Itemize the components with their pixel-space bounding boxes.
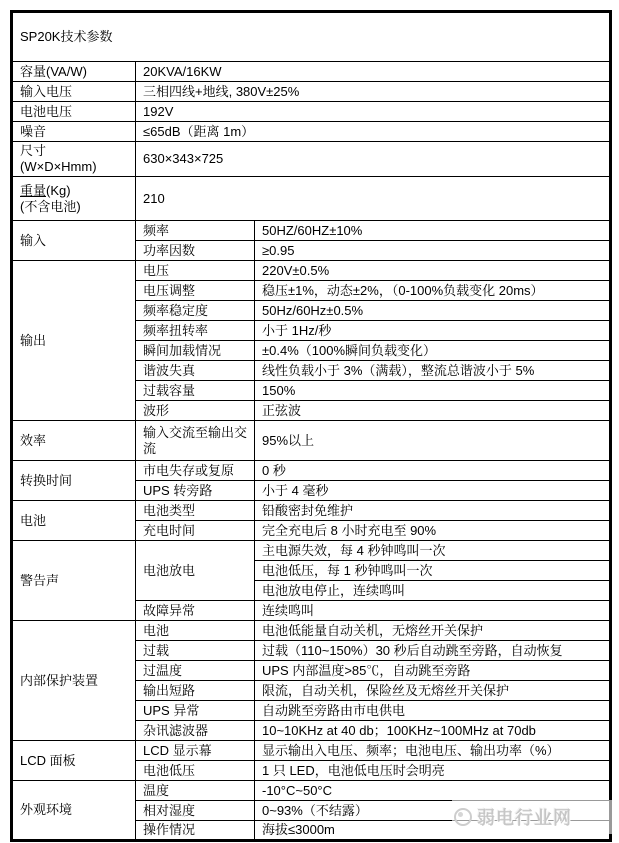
param-label-cell: UPS 异常 [136, 701, 255, 721]
category-cell: 外观环境 [12, 781, 136, 841]
param-value-cell: 三相四线+地线, 380V±25% [136, 82, 611, 102]
watermark-text: 弱电行业网 [477, 804, 572, 830]
param-value-cell: 铅酸密封免维护 [255, 501, 611, 521]
param-label-line: 容量(VA/W) [20, 64, 131, 80]
param-label-cell: 功率因数 [136, 241, 255, 261]
param-label-cell: 电池放电 [136, 541, 255, 601]
category-cell: 转换时间 [12, 461, 136, 501]
param-value-cell: 10~10KHz at 40 db；100KHz~100MHz at 70db [255, 721, 611, 741]
param-label-line: 尺寸 [20, 143, 131, 159]
table-row: 转换时间市电失存或复原0 秒 [12, 461, 611, 481]
param-label-cell: 相对湿度 [136, 801, 255, 821]
category-cell: 输入 [12, 221, 136, 261]
param-label-cell: 杂讯滤波器 [136, 721, 255, 741]
param-value-cell: 192V [136, 102, 611, 122]
table-row: 电池电池类型铅酸密封免维护 [12, 501, 611, 521]
param-value-cell: 210 [136, 177, 611, 221]
table-row: 噪音≤65dB（距离 1m） [12, 122, 611, 142]
circle-logo-icon [454, 808, 472, 826]
table-row: 重量(Kg)(不含电池)210 [12, 177, 611, 221]
category-cell: 电池 [12, 501, 136, 541]
param-value-cell: 20KVA/16KW [136, 62, 611, 82]
param-label-line: (不含电池) [20, 199, 131, 215]
table-row: 输入电压三相四线+地线, 380V±25% [12, 82, 611, 102]
param-label-cell: 过载 [136, 641, 255, 661]
param-value-cell: UPS 内部温度>85℃，自动跳至旁路 [255, 661, 611, 681]
category-cell: LCD 面板 [12, 741, 136, 781]
param-value-cell: ≤65dB（距离 1m） [136, 122, 611, 142]
param-label-cell: 电池 [136, 621, 255, 641]
param-label-cell: 频率稳定度 [136, 301, 255, 321]
param-label-cell: LCD 显示幕 [136, 741, 255, 761]
param-label-cell: 输入电压 [12, 82, 136, 102]
param-value-cell: 小于 1Hz/秒 [255, 321, 611, 341]
param-label-cell: 市电失存或复原 [136, 461, 255, 481]
param-label-line: 重量(Kg) [20, 183, 131, 199]
spec-table: SP20K技术参数容量(VA/W)20KVA/16KW输入电压三相四线+地线, … [10, 10, 612, 842]
param-value-cell: 限流，自动关机，保险丝及无熔丝开关保护 [255, 681, 611, 701]
param-value-cell: 线性负载小于 3%（满载），整流总谐波小于 5% [255, 361, 611, 381]
category-cell: 内部保护装置 [12, 621, 136, 741]
param-value-cell: 显示输出入电压、频率；电池电压、输出功率（%） [255, 741, 611, 761]
param-value-cell: 95%以上 [255, 421, 611, 461]
param-value-cell: ≥0.95 [255, 241, 611, 261]
param-value-cell: -10°C~50°C [255, 781, 611, 801]
param-value-cell: 220V±0.5% [255, 261, 611, 281]
param-label-cell: 电池类型 [136, 501, 255, 521]
param-label-line: 电池电压 [20, 104, 131, 120]
table-row: 电池电压192V [12, 102, 611, 122]
param-value-cell: 小于 4 毫秒 [255, 481, 611, 501]
param-label-cell: 电压 [136, 261, 255, 281]
category-cell: 效率 [12, 421, 136, 461]
param-value-cell: 连续鸣叫 [255, 601, 611, 621]
param-label-cell: 重量(Kg)(不含电池) [12, 177, 136, 221]
category-cell: 警告声 [12, 541, 136, 621]
param-value-cell: ±0.4%（100%瞬间负载变化） [255, 341, 611, 361]
table-row: LCD 面板LCD 显示幕显示输出入电压、频率；电池电压、输出功率（%） [12, 741, 611, 761]
table-row: 尺寸(W×D×Hmm)630×343×725 [12, 142, 611, 177]
page-title: SP20K技术参数 [12, 12, 611, 62]
table-row: 警告声电池放电主电源失效，每 4 秒钟鸣叫一次 [12, 541, 611, 561]
table-row: 输入频率50HZ/60HZ±10% [12, 221, 611, 241]
table-row: 输出电压220V±0.5% [12, 261, 611, 281]
param-value-cell: 稳压±1%，动态±2%，（0-100%负载变化 20ms） [255, 281, 611, 301]
table-row: 容量(VA/W)20KVA/16KW [12, 62, 611, 82]
param-label-cell: 尺寸(W×D×Hmm) [12, 142, 136, 177]
spec-sheet-page: SP20K技术参数容量(VA/W)20KVA/16KW输入电压三相四线+地线, … [0, 0, 619, 843]
param-label-cell: 电池低压 [136, 761, 255, 781]
param-label-cell: 电压调整 [136, 281, 255, 301]
param-label-cell: 波形 [136, 401, 255, 421]
param-label-cell: 过载容量 [136, 381, 255, 401]
param-label-cell: 噪音 [12, 122, 136, 142]
param-label-cell: 电池电压 [12, 102, 136, 122]
param-value-cell: 50Hz/60Hz±0.5% [255, 301, 611, 321]
param-value-cell: 1 只 LED，电池低电压时会明亮 [255, 761, 611, 781]
category-cell: 输出 [12, 261, 136, 421]
spec-table-body: SP20K技术参数容量(VA/W)20KVA/16KW输入电压三相四线+地线, … [12, 12, 611, 841]
param-label-cell: 操作情况 [136, 821, 255, 841]
param-label-cell: 频率扭转率 [136, 321, 255, 341]
table-row: 效率输入交流至输出交流95%以上 [12, 421, 611, 461]
param-value-cell: 电池放电停止，连续鸣叫 [255, 581, 611, 601]
param-label-cell: UPS 转旁路 [136, 481, 255, 501]
watermark: 弱电行业网 [452, 800, 614, 834]
table-row: 外观环境温度-10°C~50°C [12, 781, 611, 801]
param-value-cell: 过载（110~150%）30 秒后自动跳至旁路，自动恢复 [255, 641, 611, 661]
param-label-cell: 输入交流至输出交流 [136, 421, 255, 461]
param-label-line: (W×D×Hmm) [20, 159, 131, 175]
param-label-cell: 频率 [136, 221, 255, 241]
param-value-cell: 自动跳至旁路由市电供电 [255, 701, 611, 721]
param-label-line: 输入电压 [20, 84, 131, 100]
param-label-cell: 温度 [136, 781, 255, 801]
param-label-cell: 谐波失真 [136, 361, 255, 381]
param-label-line: 噪音 [20, 124, 131, 140]
param-label-cell: 瞬间加载情况 [136, 341, 255, 361]
param-value-cell: 50HZ/60HZ±10% [255, 221, 611, 241]
param-label-cell: 输出短路 [136, 681, 255, 701]
param-value-cell: 630×343×725 [136, 142, 611, 177]
param-label-cell: 容量(VA/W) [12, 62, 136, 82]
param-label-cell: 充电时间 [136, 521, 255, 541]
param-value-cell: 电池低压，每 1 秒钟鸣叫一次 [255, 561, 611, 581]
table-row: SP20K技术参数 [12, 12, 611, 62]
param-value-cell: 电池低能量自动关机，无熔丝开关保护 [255, 621, 611, 641]
param-value-cell: 0 秒 [255, 461, 611, 481]
param-value-cell: 150% [255, 381, 611, 401]
param-value-cell: 正弦波 [255, 401, 611, 421]
table-row: 内部保护装置电池电池低能量自动关机，无熔丝开关保护 [12, 621, 611, 641]
underlined-label-text: 重量 [20, 183, 46, 198]
param-value-cell: 完全充电后 8 小时充电至 90% [255, 521, 611, 541]
param-value-cell: 主电源失效，每 4 秒钟鸣叫一次 [255, 541, 611, 561]
param-label-cell: 故障异常 [136, 601, 255, 621]
param-label-cell: 过温度 [136, 661, 255, 681]
